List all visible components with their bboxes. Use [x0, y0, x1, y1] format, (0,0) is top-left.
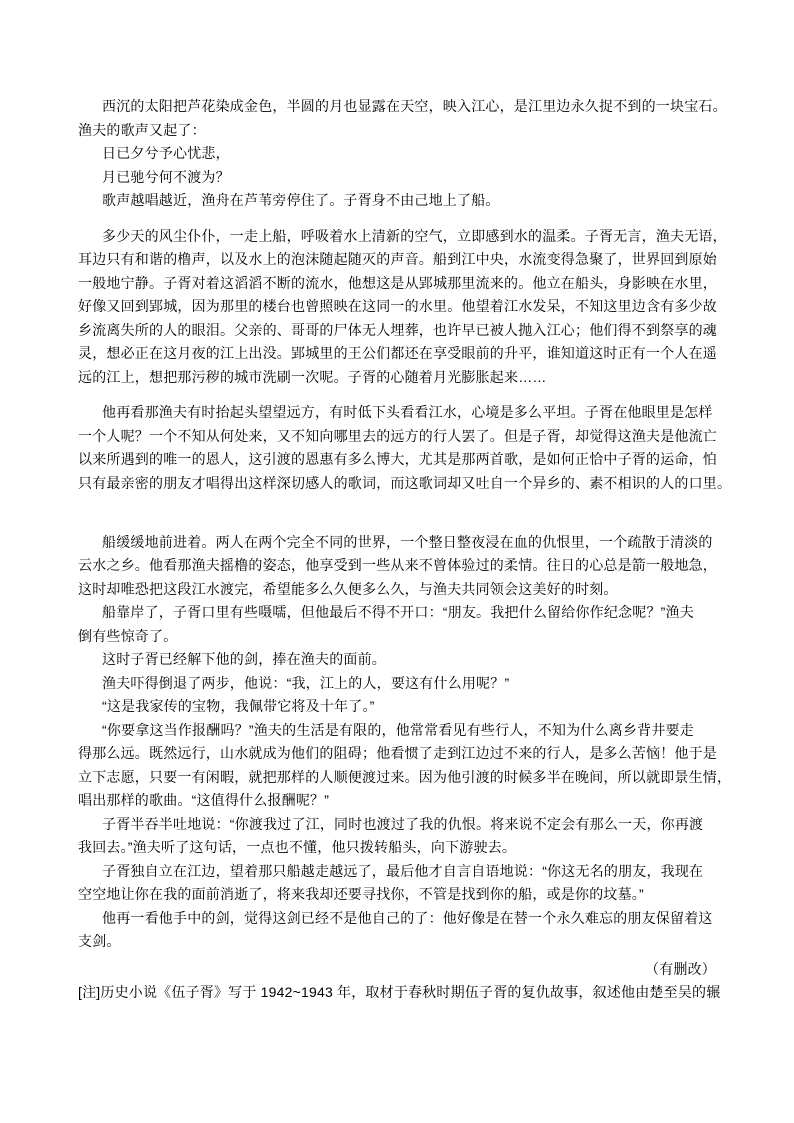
- text-line: 一般地宁静。子胥对着这滔滔不断的流水，他想这是从郢城那里流来的。他立在船头，身影…: [78, 272, 716, 296]
- text-line: 渔夫吓得倒退了两步，他说：“我，江上的人，要这有什么用呢？”: [78, 672, 716, 696]
- text-line: 船靠岸了，子胥口里有些嗫嚅，但他最后不得不开口：“朋友。我把什么留给你作纪念呢？…: [78, 601, 716, 625]
- document-content: 西沉的太阳把芦花染成金色，半圆的月也显露在天空，映入江心，是江里边永久捉不到的一…: [0, 0, 794, 1005]
- text-line: 月已驰兮何不渡为？: [78, 166, 716, 190]
- text-line: 远的江上，想把那污秽的城市洗刷一次呢。子胥的心随着月光膨胀起来……: [78, 366, 716, 390]
- text-line: 子胥半吞半吐地说：“你渡我过了江，同时也渡过了我的仇恨。将来说不定会有那么一天，…: [78, 813, 716, 837]
- text-line: 我回去。”渔夫听了这句话，一点也不懂，他只拨转船头，向下游驶去。: [78, 836, 716, 860]
- text-line: “这是我家传的宝物，我佩带它将及十年了。”: [78, 695, 716, 719]
- text-line: 歌声越唱越近，渔舟在芦苇旁停住了。子胥身不由己地上了船。: [78, 189, 716, 213]
- text-line: 日已夕兮予心忧悲，: [78, 142, 716, 166]
- text-line: 好像又回到郢城，因为那里的楼台也曾照映在这同一的水里。他望着江水发呆，不知这里边…: [78, 295, 716, 319]
- text-line: 子胥独自立在江边，望着那只船越走越远了，最后他才自言自语地说：“你这无名的朋友，…: [78, 860, 716, 884]
- text-line: 渔夫的歌声又起了：: [78, 119, 716, 143]
- text-line: 支剑。: [78, 930, 716, 954]
- text-line: “你要拿这当作报酬吗？”渔夫的生活是有限的，他常常看见有些行人，不知为什么离乡背…: [78, 719, 716, 743]
- text-line: 乡流离失所的人的眼泪。父亲的、哥哥的尸体无人埋葬，也许早已被人抛入江心；他们得不…: [78, 319, 716, 343]
- text-line: 多少天的风尘仆仆，一走上船，呼吸着水上清新的空气，立即感到水的温柔。子胥无言，渔…: [78, 225, 716, 249]
- text-line: 空空地让你在我的面前消逝了，将来我却还要寻找你，不管是找到你的船，或是你的坟墓。…: [78, 883, 716, 907]
- document-body: 西沉的太阳把芦花染成金色，半圆的月也显露在天空，映入江心，是江里边永久捉不到的一…: [78, 95, 716, 954]
- text-line: 他再看那渔夫有时抬起头望望远方，有时低下头看看江水，心境是多么平坦。子胥在他眼里…: [78, 401, 716, 425]
- attribution-note: （有删改）: [78, 958, 716, 982]
- text-line: 船缓缓地前进着。两人在两个完全不同的世界，一个整日整夜浸在血的仇恨里，一个疏散于…: [78, 531, 716, 555]
- document-page: 西沉的太阳把芦花染成金色，半圆的月也显露在天空，映入江心，是江里边永久捉不到的一…: [0, 0, 794, 1123]
- text-line: 云水之乡。他看那渔夫摇橹的姿态，他享受到一些从来不曾体验过的柔情。往日的心总是箭…: [78, 554, 716, 578]
- text-line: 一个人呢？一个不知从何处来，又不知向哪里去的远方的行人罢了。但是子胥，却觉得这渔…: [78, 425, 716, 449]
- text-line: 只有最亲密的朋友才唱得出这样深切感人的歌词，而这歌词却又吐自一个异乡的、素不相识…: [78, 472, 716, 496]
- text-line: 他再一看他手中的剑，觉得这剑已经不是他自己的了：他好像是在替一个永久难忘的朋友保…: [78, 907, 716, 931]
- text-line: 唱出那样的歌曲。“这值得什么报酬呢？”: [78, 789, 716, 813]
- text-line: 以来所遇到的唯一的恩人，这引渡的恩惠有多么博大，尤其是那两首歌，是如何正恰中子胥…: [78, 448, 716, 472]
- text-line: 西沉的太阳把芦花染成金色，半圆的月也显露在天空，映入江心，是江里边永久捉不到的一…: [78, 95, 716, 119]
- footnote: [注]历史小说《伍子胥》写于 1942~1943 年，取材于春秋时期伍子胥的复仇…: [78, 981, 716, 1005]
- text-line: 倒有些惊奇了。: [78, 625, 716, 649]
- text-line: 耳边只有和谐的橹声，以及水上的泡沫随起随灭的声音。船到江中央，水流变得急聚了，世…: [78, 248, 716, 272]
- blank-line: [78, 495, 716, 519]
- text-line: 得那么远。既然远行，山水就成为他们的阻碍；他看惯了走到江边过不来的行人，是多么苦…: [78, 742, 716, 766]
- text-line: 灵，想必正在这月夜的江上出没。郢城里的王公们都还在享受眼前的升平，谁知道这时正有…: [78, 342, 716, 366]
- text-line: 立下志愿，只要一有闲暇，就把那样的人顺便渡过来。因为他引渡的时候多半在晚间，所以…: [78, 766, 716, 790]
- text-line: 这时子胥已经解下他的剑，捧在渔夫的面前。: [78, 648, 716, 672]
- text-line: 这时却唯恐把这段江水渡完，希望能多么久便多么久，与渔夫共同领会这美好的时刻。: [78, 578, 716, 602]
